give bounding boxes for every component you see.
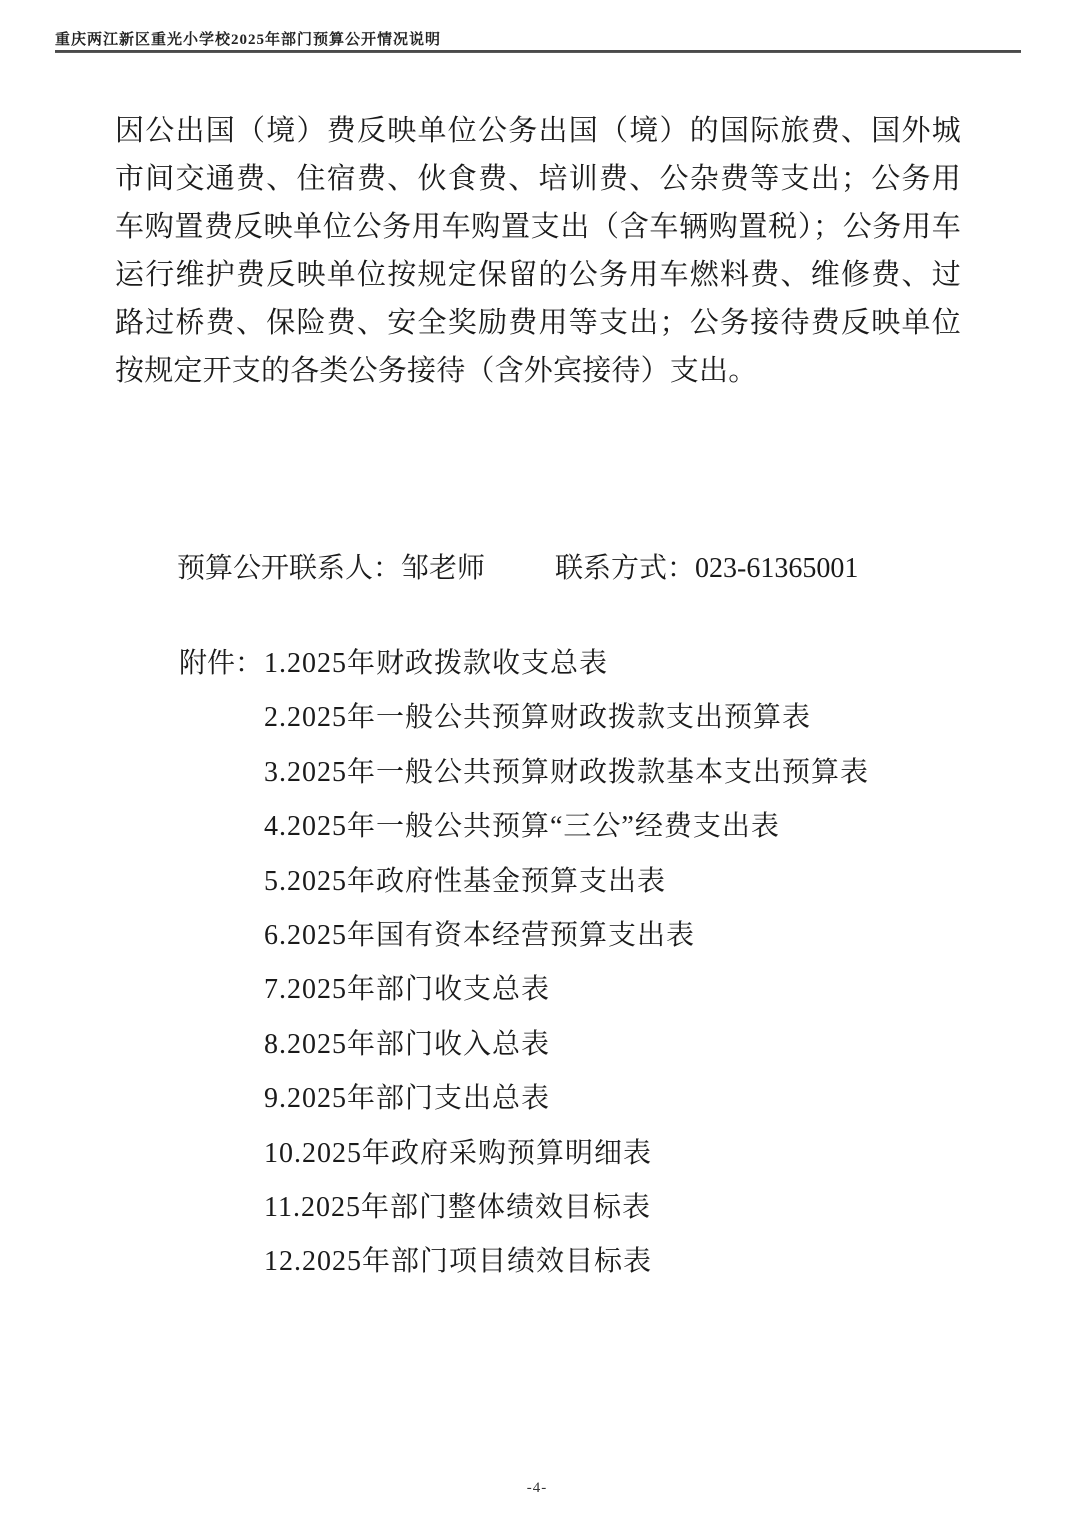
header-rule [55, 50, 1021, 53]
contact-phone-number: 023-61365001 [695, 553, 858, 584]
attachment-item: 5.2025年政府性基金预算支出表 [264, 855, 869, 909]
contact-person-name: 邹老师 [401, 553, 485, 584]
attachment-item: 11.2025年部门整体绩效目标表 [264, 1181, 869, 1235]
attachment-item: 10.2025年政府采购预算明细表 [264, 1127, 869, 1181]
contact-person-label: 预算公开联系人： [177, 553, 401, 584]
page-header: 重庆两江新区重光小学校2025年部门预算公开情况说明 [55, 28, 1021, 49]
attachments-section: 附件： 1.2025年财政拨款收支总表 2.2025年一般公共预算财政拨款支出预… [179, 637, 869, 1290]
attachment-item: 12.2025年部门项目绩效目标表 [264, 1235, 869, 1289]
attachments-label: 附件： [179, 637, 264, 691]
page-number: -4- [527, 1480, 548, 1496]
attachment-item: 7.2025年部门收支总表 [264, 963, 869, 1017]
attachment-list: 1.2025年财政拨款收支总表 2.2025年一般公共预算财政拨款支出预算表 3… [264, 637, 869, 1290]
attachment-item: 4.2025年一般公共预算“三公”经费支出表 [264, 800, 869, 854]
attachment-item: 8.2025年部门收入总表 [264, 1018, 869, 1072]
attachment-item: 6.2025年国有资本经营预算支出表 [264, 909, 869, 963]
attachment-item: 3.2025年一般公共预算财政拨款基本支出预算表 [264, 746, 869, 800]
contact-line: 预算公开联系人：邹老师联系方式：023-61365001 [177, 546, 858, 586]
page-footer: -4- [0, 1479, 1074, 1497]
document-page: 重庆两江新区重光小学校2025年部门预算公开情况说明 因公出国（境）费反映单位公… [0, 0, 1074, 1520]
attachment-item: 9.2025年部门支出总表 [264, 1072, 869, 1126]
header-title: 重庆两江新区重光小学校2025年部门预算公开情况说明 [55, 28, 1021, 49]
attachment-item: 1.2025年财政拨款收支总表 [264, 637, 869, 691]
contact-method-label: 联系方式： [555, 553, 695, 584]
attachment-item: 2.2025年一般公共预算财政拨款支出预算表 [264, 691, 869, 745]
body-paragraph: 因公出国（境）费反映单位公务出国（境）的国际旅费、国外城市间交通费、住宿费、伙食… [115, 107, 961, 395]
